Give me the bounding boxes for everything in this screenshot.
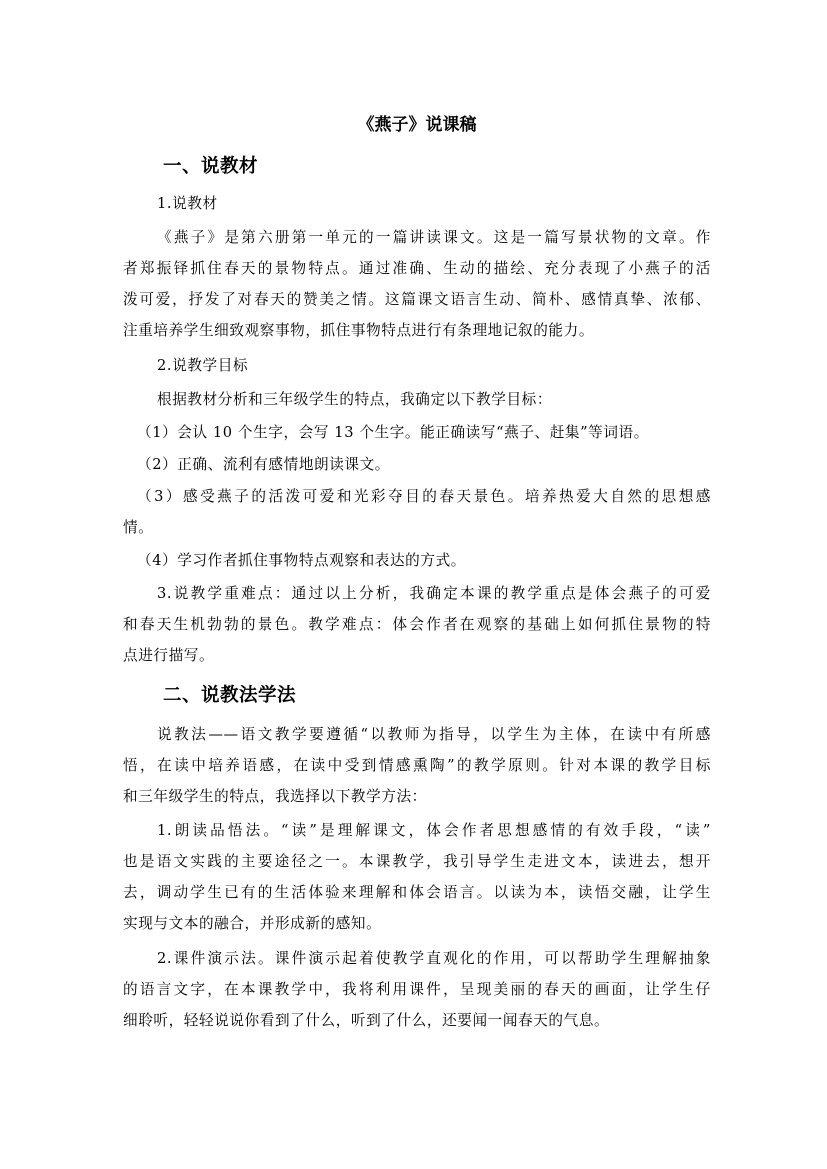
method-1-line: 实现与文本的融合，并形成新的感知。	[123, 914, 711, 934]
paragraph-line: 注重培养学生细致观察事物，抓住事物特点进行有条理地记叙的能力。	[123, 321, 711, 341]
method-2-line: 的语言文字，在本课教学中，我将利用课件，呈现美丽的春天的画面，让学生仔	[123, 980, 711, 1000]
key-points-line: 3.说教学重难点：通过以上分析，我确定本课的教学重点是体会燕子的可爱	[157, 584, 711, 604]
paragraph-line: 泼可爱，抒发了对春天的赞美之情。这篇课文语言生动、简朴、感情真挚、浓郁、	[123, 290, 711, 310]
section-heading-methods: 二、说教法学法	[163, 683, 296, 709]
key-points-line: 和春天生机勃勃的景色。教学难点：体会作者在观察的基础上如何抓住景物的特	[123, 615, 711, 635]
key-points-line: 点进行描写。	[123, 646, 711, 666]
paragraph-line: 《燕子》是第六册第一单元的一篇讲读课文。这是一篇写景状物的文章。作	[157, 228, 711, 248]
document-title: 《燕子》说课稿	[123, 113, 711, 137]
goal-item-2: （2）正确、流利有感情地朗读课文。	[137, 455, 711, 475]
method-1-line: 1.朗读品悟法。“读”是理解课文，体会作者思想感情的有效手段，“读”	[157, 821, 711, 841]
goal-item-3-cont: 情。	[123, 518, 711, 538]
method-1-line: 去，调动学生已有的生活体验来理解和体会语言。以读为本，读悟交融，让学生	[123, 883, 711, 903]
subheading-textbook: 1.说教材	[157, 194, 711, 214]
method-2-line: 2.课件演示法。课件演示起着使教学直观化的作用，可以帮助学生理解抽象	[157, 949, 711, 969]
method-1-line: 也是语文实践的主要途径之一。本课教学，我引导学生走进文本，读进去，想开	[123, 852, 711, 872]
methods-intro-line: 说教法——语文教学要遵循“以教师为指导，以学生为主体，在读中有所感	[157, 725, 711, 745]
methods-intro-line: 和三年级学生的特点，我选择以下教学方法：	[123, 787, 711, 807]
methods-intro-line: 悟，在读中培养语感，在读中受到情感熏陶”的教学原则。针对本课的教学目标	[123, 756, 711, 776]
section-heading-textbook: 一、说教材	[163, 154, 258, 180]
goals-intro: 根据教材分析和三年级学生的特点，我确定以下教学目标：	[157, 390, 711, 410]
subheading-goals: 2.说教学目标	[157, 356, 711, 376]
method-2-line: 细聆听，轻轻说说你看到了什么，听到了什么，还要闻一闻春天的气息。	[123, 1011, 711, 1031]
goal-item-4: （4）学习作者抓住事物特点观察和表达的方式。	[137, 551, 711, 571]
goal-item-1: （1）会认 10 个生字，会写 13 个生字。能正确读写“燕子、赶集”等词语。	[137, 423, 711, 443]
paragraph-line: 者郑振铎抓住春天的景物特点。通过准确、生动的描绘、充分表现了小燕子的活	[123, 259, 711, 279]
goal-item-3: （3）感受燕子的活泼可爱和光彩夺目的春天景色。培养热爱大自然的思想感	[137, 487, 711, 507]
